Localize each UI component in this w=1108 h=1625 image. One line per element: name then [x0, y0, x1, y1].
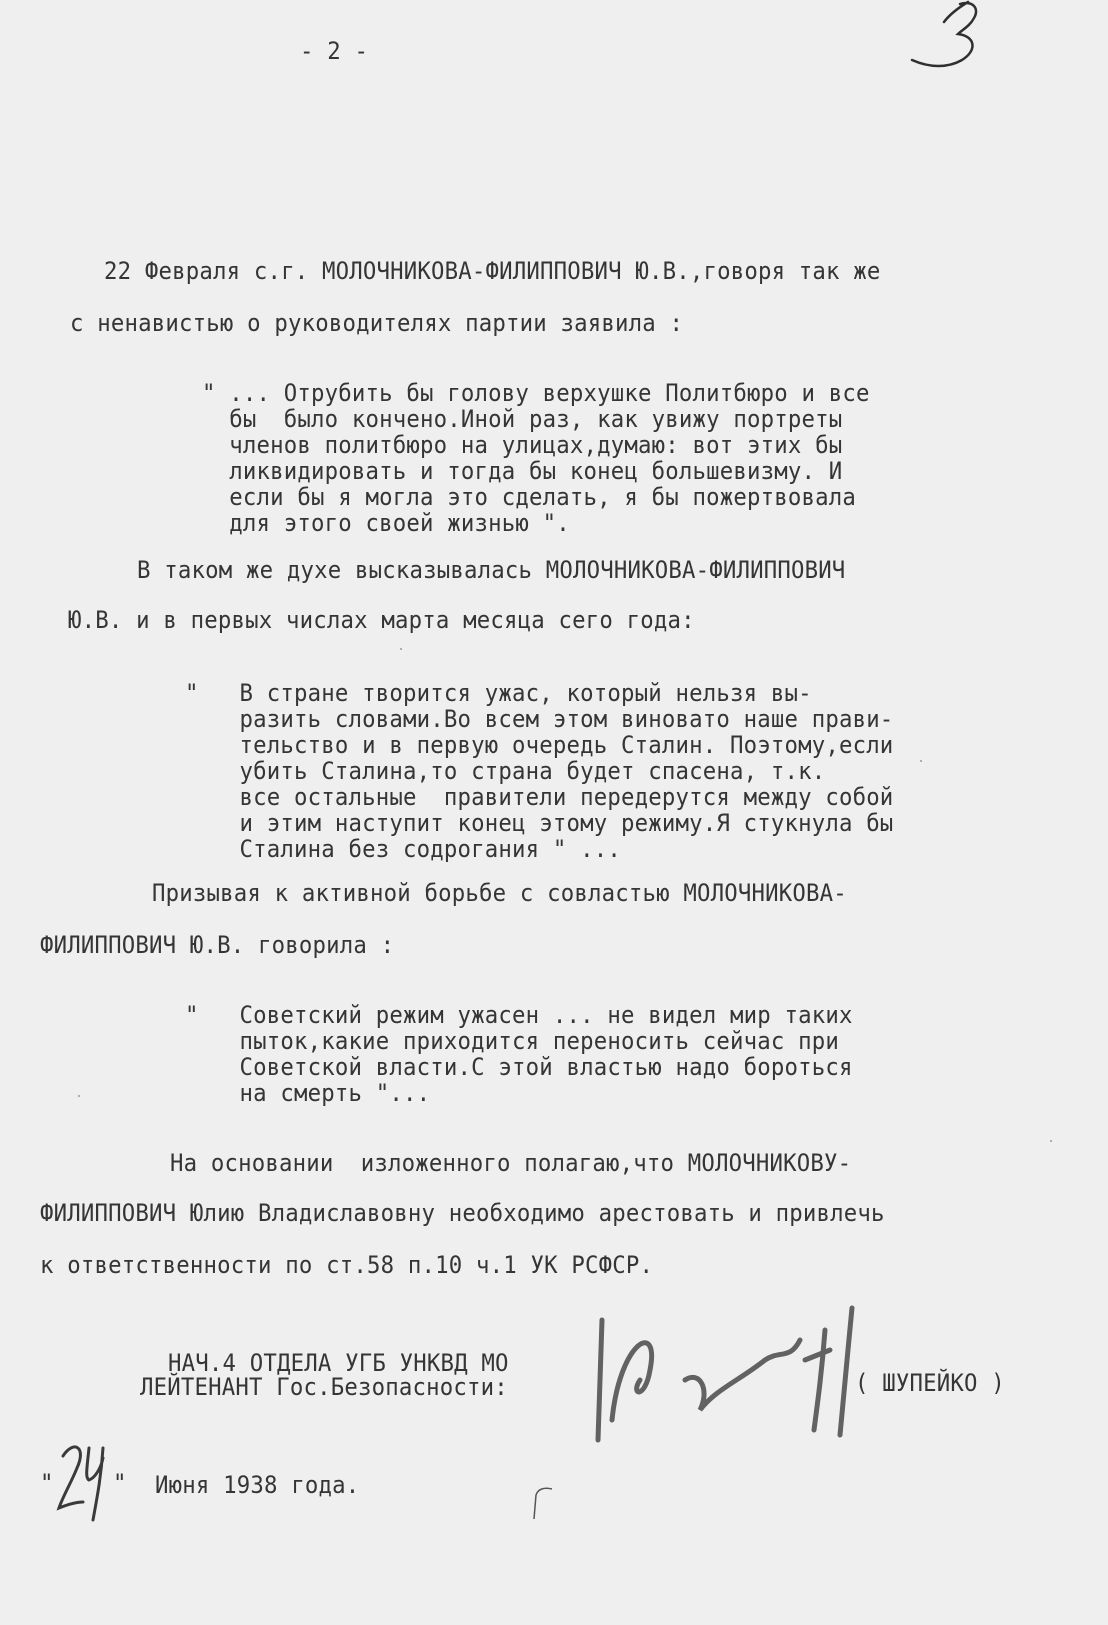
- signatory-name: ( ШУПЕЙКО ): [855, 1370, 1005, 1396]
- quote-1-line: бы было кончено.Иной раз, как увижу порт…: [202, 406, 842, 432]
- para-3-line-2: ФИЛИППОВИЧ Ю.В. говорила :: [40, 932, 394, 958]
- quote-1-line: членов политбюро на улицах,думаю: вот эт…: [202, 432, 842, 458]
- quote-2-line: все остальные правители передерутся межд…: [185, 784, 893, 810]
- paper-speck: [400, 648, 402, 650]
- quote-1-line: ликвидировать и тогда бы конец большевиз…: [202, 458, 842, 484]
- quote-2-line: " В стране творится ужас, который нельзя…: [185, 680, 812, 706]
- quote-2-line: тельство и в первую очередь Сталин. Поэт…: [185, 732, 893, 758]
- quote-3-line: на смерть "...: [185, 1080, 430, 1106]
- quote-2-line: Сталина без содрогания " ...: [185, 836, 621, 862]
- document-page: - 2 - 22 Февраля с.г. МОЛОЧНИКОВА-ФИЛИПП…: [0, 0, 1108, 1625]
- para-2-line-1: В таком же духе высказывалась МОЛОЧНИКОВ…: [137, 557, 845, 583]
- quote-1-line: если бы я могла это сделать, я бы пожерт…: [202, 484, 856, 510]
- intro-line-2: с ненавистью о руководителях партии заяв…: [70, 310, 683, 336]
- date-quote-open: ": [40, 1470, 54, 1496]
- pencil-mark: [530, 1485, 560, 1525]
- quote-2-line: убить Сталина,то страна будет спасена, т…: [185, 758, 825, 784]
- conclusion-line-1: На основании изложенного полагаю,что МОЛ…: [170, 1150, 851, 1176]
- paper-speck: [1050, 1140, 1052, 1142]
- quote-3-line: Советской власти.С этой властью надо бор…: [185, 1054, 853, 1080]
- handwritten-day: [55, 1438, 115, 1523]
- para-2-line-2: Ю.В. и в первых числах марта месяца сего…: [68, 607, 695, 633]
- signatory-title-line-2: ЛЕЙТЕНАНТ Гос.Безопасности:: [140, 1374, 508, 1400]
- conclusion-line-2: ФИЛИППОВИЧ Юлию Владиславовну необходимо…: [40, 1200, 885, 1226]
- paper-speck: [78, 1095, 80, 1097]
- quote-3-line: " Советский режим ужасен ... не видел ми…: [185, 1002, 853, 1028]
- archive-sheet-number: [900, 0, 990, 75]
- date-quote-close: ": [113, 1470, 127, 1496]
- quote-3-line: пыток,какие приходится переносить сейчас…: [185, 1028, 839, 1054]
- paper-speck: [920, 760, 922, 762]
- quote-2-line: и этим наступит конец этому режиму.Я сту…: [185, 810, 893, 836]
- intro-line-1: 22 Февраля с.г. МОЛОЧНИКОВА-ФИЛИППОВИЧ Ю…: [104, 258, 881, 284]
- quote-1-line: для этого своей жизнью ".: [202, 510, 570, 536]
- date-month-year: Июня 1938 года.: [155, 1472, 359, 1498]
- page-number: - 2 -: [300, 38, 368, 64]
- quote-2-line: разить словами.Во всем этом виновато наш…: [185, 706, 893, 732]
- quote-1-line: " ... Отрубить бы голову верхушке Политб…: [202, 380, 870, 406]
- conclusion-line-3: к ответственности по ст.58 п.10 ч.1 УК Р…: [40, 1252, 653, 1278]
- para-3-line-1: Призывая к активной борьбе с совластью М…: [152, 880, 847, 906]
